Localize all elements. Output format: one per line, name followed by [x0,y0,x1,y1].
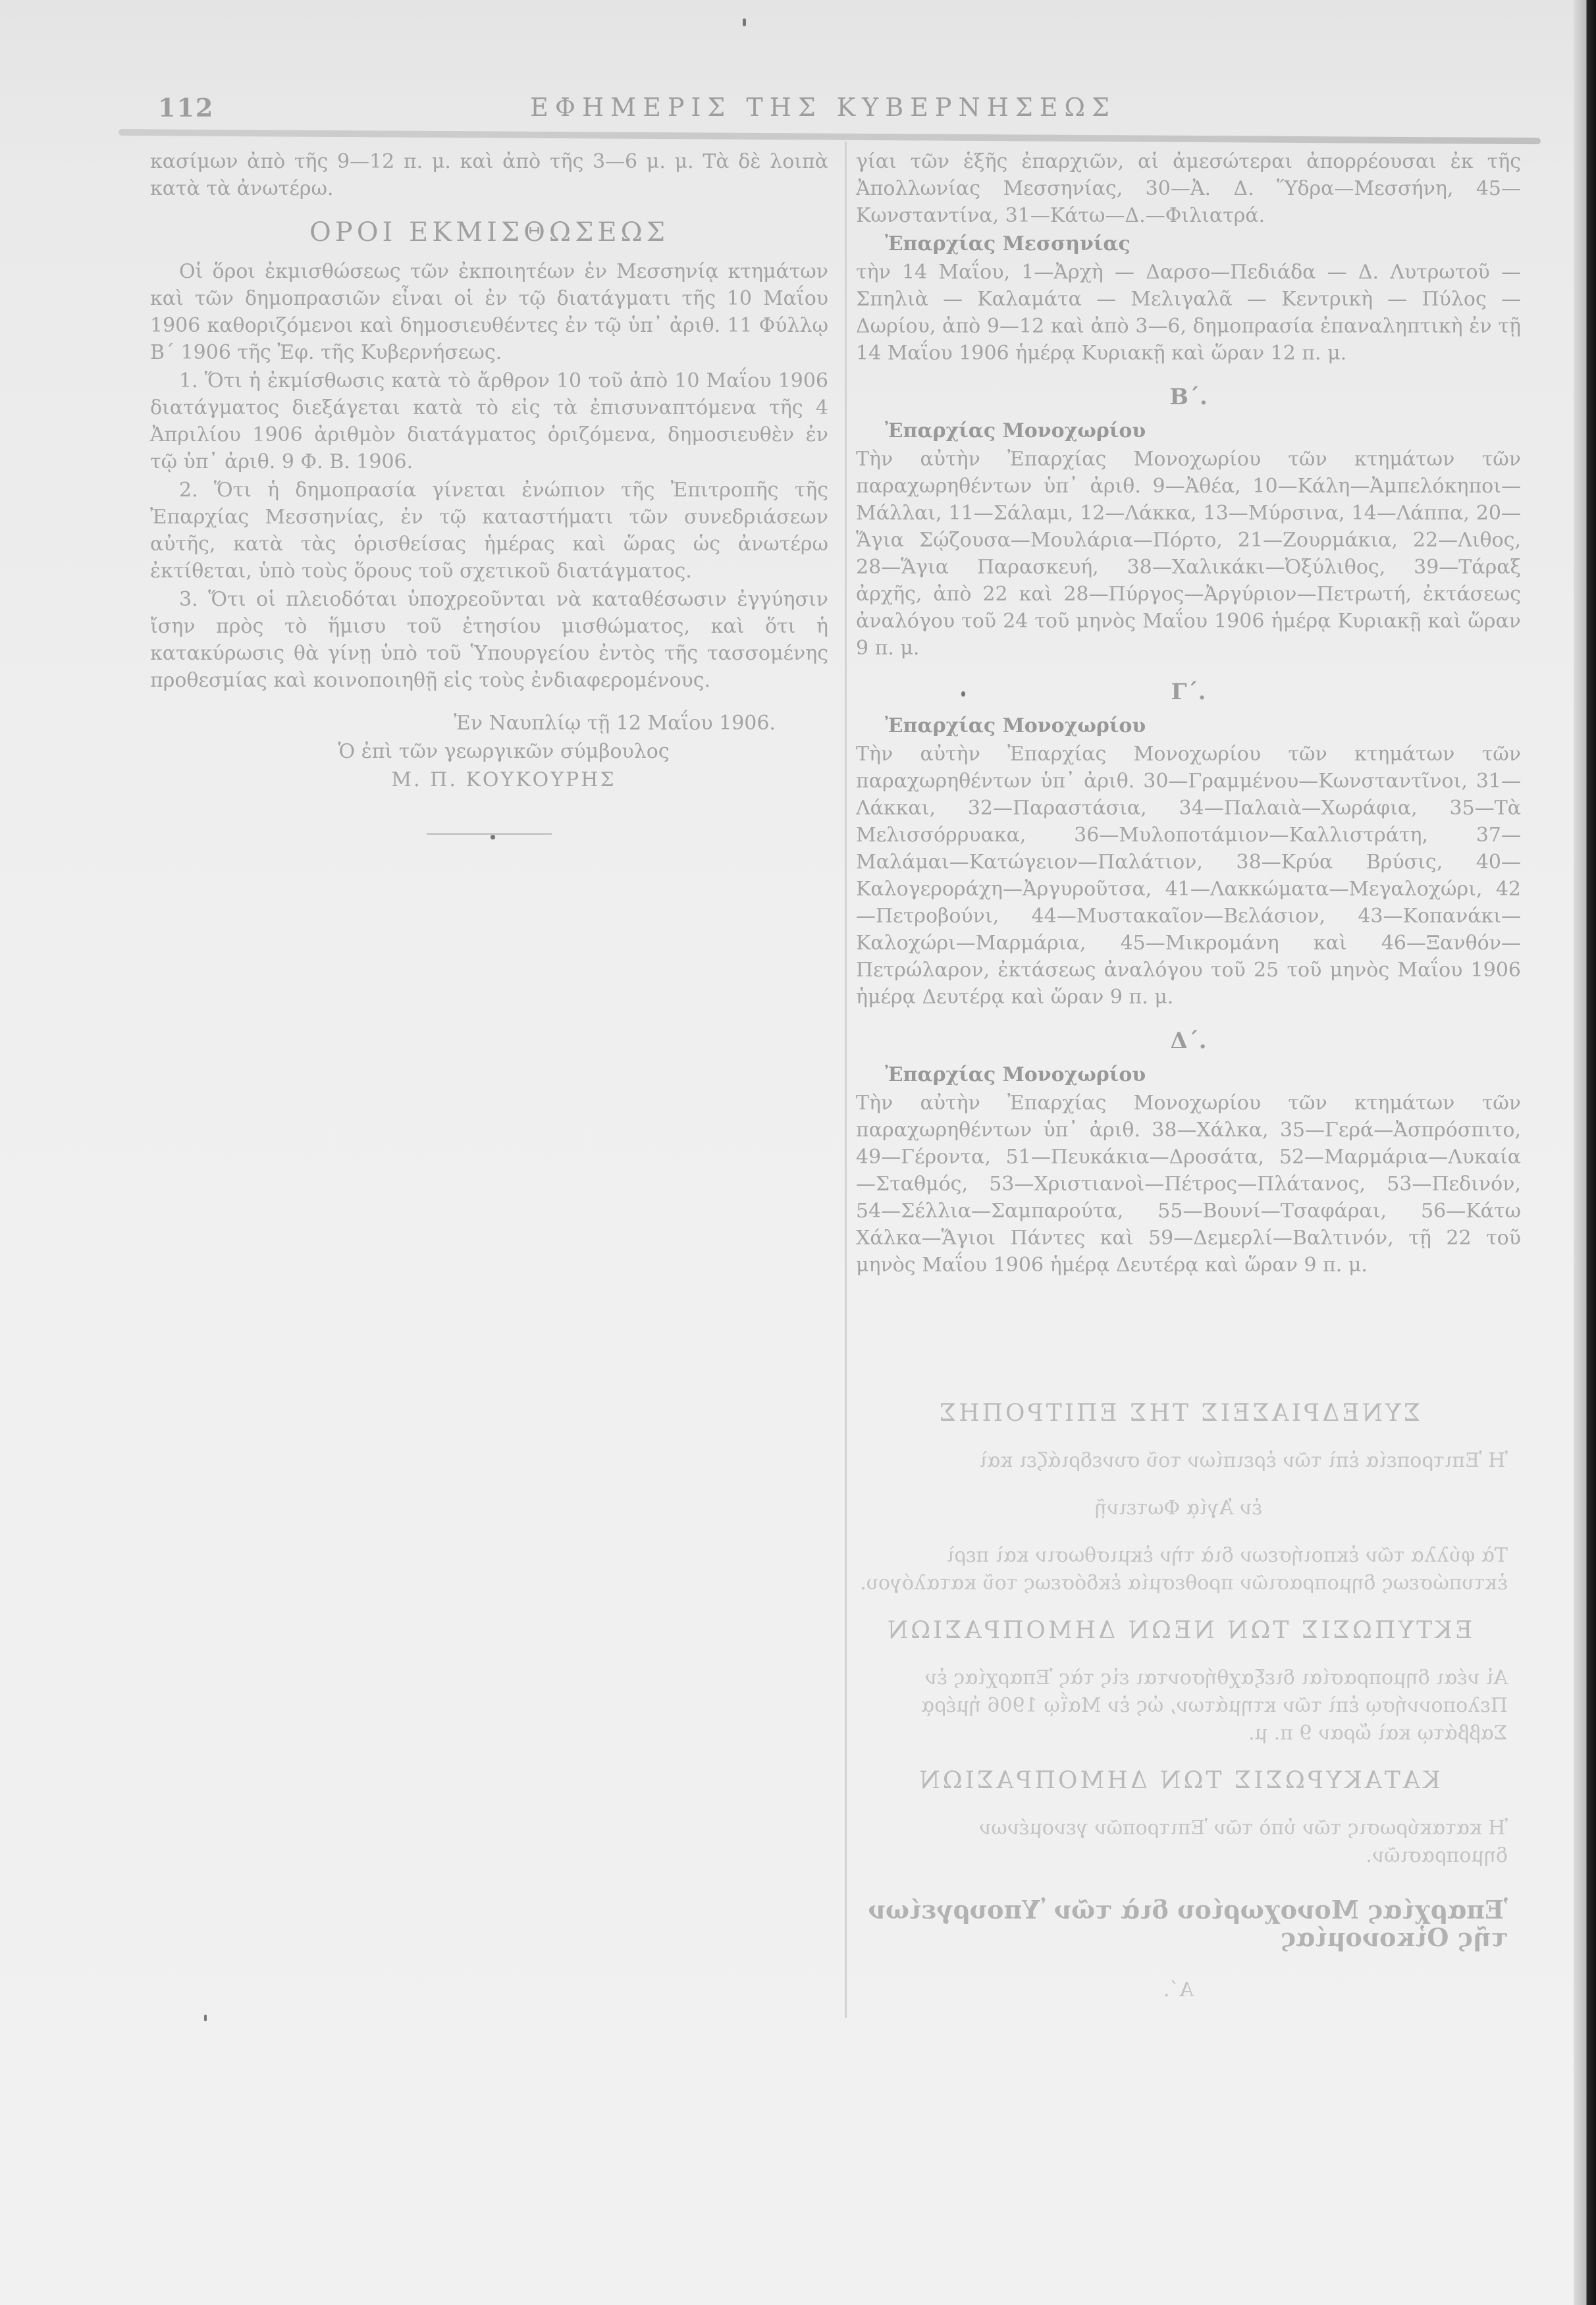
section-c: Γ΄. Ἐπαρχίας Μονοχωρίου Τὴν αὐτὴν Ἐπαρχί… [856,679,1521,1011]
bleed-line: Αἱ νέαι δημοπρασίαι διεξαχθήσονται εἰς τ… [849,1664,1508,1747]
section-label: Δ΄. [856,1028,1521,1055]
column-divider [845,142,847,2018]
bleed-through-text: ΣΥΝΕΔΡΙΑΣΕΙΣ ΤΗΣ ΕΠΙΤΡΟΠΗΣ Ἡ Ἐπιτροπεία … [849,1389,1508,2024]
bleed-heading: ΚΑΤΑΚΥΡΩΣΙΣ ΤΩΝ ΔΗΜΟΠΡΑΣΙΩΝ [849,1767,1508,1795]
section-text: Τὴν αὐτὴν Ἐπαρχίας Μονοχωρίου τῶν κτημάτ… [856,1090,1521,1279]
bleed-line: Ἡ κατακύρωσις τῶν ὑπὸ τῶν Ἐπιτροπῶν γενο… [849,1815,1508,1870]
bleed-heading: ΕΚΤΥΠΩΣΙΣ ΤΩΝ ΝΕΩΝ ΔΗΜΟΠΡΑΣΙΩΝ [849,1617,1508,1645]
section-title: Ἐπαρχίας Μεσσηνίας [885,232,1130,255]
section-text: Τὴν αὐτὴν Ἐπαρχίας Μονοχωρίου τῶν κτημάτ… [856,741,1521,1011]
right-intro: γίαι τῶν ἑξῆς ἐπαρχιῶν, αἱ ἀμεσώτεραι ἀπ… [856,148,1521,229]
bleed-section-label: Α΄. [849,1976,1508,2004]
page-header: 112 ΕΦΗΜΕΡΙΣ ΤΗΣ ΚΥΒΕΡΝΗΣΕΩΣ [119,84,1528,130]
terms-paragraph: 3. Ὅτι οἱ πλειοδόται ὑποχρεοῦνται νὰ κατ… [150,586,828,694]
section-title: Ἐπαρχίας Μονοχωρίου [885,714,1146,737]
scan-speck [491,835,495,839]
section-label: Β΄. [856,384,1521,411]
section-d: Δ΄. Ἐπαρχίας Μονοχωρίου Τὴν αὐτὴν Ἐπαρχί… [856,1028,1521,1279]
header-rule [119,129,1541,144]
intro-text: κασίμων ἀπὸ τῆς 9—12 π. μ. καὶ ἀπὸ τῆς 3… [150,148,828,202]
signatory-name: Μ. Π. ΚΟΥΚΟΥΡΗΣ [150,766,828,793]
section-label: Γ΄. [856,679,1521,706]
bleed-line: ἐν Ἁγίᾳ Φωτεινῇ [849,1495,1508,1522]
gazette-page: 112 ΕΦΗΜΕΡΙΣ ΤΗΣ ΚΥΒΕΡΝΗΣΕΩΣ κασίμων ἀπὸ… [0,0,1596,2305]
right-column: γίαι τῶν ἑξῆς ἐπαρχιῶν, αἱ ἀμεσώτεραι ἀπ… [856,148,1521,1280]
bleed-line: Ἡ Ἐπιτροπεία ἐπὶ τῶν ἐρειπίων τοῦ συνεδρ… [849,1447,1508,1475]
scan-speck [961,691,965,697]
page-number: 112 [158,93,214,122]
scan-edge [1574,0,1596,2305]
section-b: Β΄. Ἐπαρχίας Μονοχωρίου Τὴν αὐτὴν Ἐπαρχί… [856,384,1521,662]
section-a: Ἐπαρχίας Μεσσηνίας τὴν 14 Μαΐου, 1—Ἀρχὴ … [856,230,1521,367]
gazette-title: ΕΦΗΜΕΡΙΣ ΤΗΣ ΚΥΒΕΡΝΗΣΕΩΣ [530,93,1116,122]
section-text: Τὴν αὐτὴν Ἐπαρχίας Μονοχωρίου τῶν κτημάτ… [856,446,1521,662]
left-column: κασίμων ἀπὸ τῆς 9—12 π. μ. καὶ ἀπὸ τῆς 3… [150,148,828,835]
date-line: Ἐν Ναυπλίῳ τῇ 12 Μαΐου 1906. [150,710,828,737]
terms-paragraph: 2. Ὅτι ἡ δημοπρασία γίνεται ἐνώπιον τῆς … [150,477,828,585]
section-text: τὴν 14 Μαΐου, 1—Ἀρχὴ — Δαρσο—Πεδιάδα — Δ… [856,259,1521,367]
terms-paragraph: Οἱ ὅροι ἐκμισθώσεως τῶν ἐκποιητέων ἐν Με… [150,258,828,366]
terms-paragraph: 1. Ὅτι ἡ ἐκμίσθωσις κατὰ τὸ ἄρθρον 10 το… [150,367,828,475]
scan-speck [204,2015,207,2021]
signatory-title: Ὁ ἐπὶ τῶν γεωργικῶν σύμβουλος [150,738,828,765]
scan-speck [743,18,746,26]
bleed-bold-line: Ἐπαρχίας Μονοχωρίου διὰ τῶν Ὑπουργείων τ… [849,1896,1508,1951]
bleed-heading: ΣΥΝΕΔΡΙΑΣΕΙΣ ΤΗΣ ΕΠΙΤΡΟΠΗΣ [849,1400,1508,1427]
section-heading-terms: ΟΡΟΙ ΕΚΜΙΣΘΩΣΕΩΣ [150,219,828,246]
section-title: Ἐπαρχίας Μονοχωρίου [885,419,1146,442]
section-title: Ἐπαρχίας Μονοχωρίου [885,1063,1146,1086]
bleed-line: Τὰ φύλλα τῶν ἐκποιήσεων διὰ τὴν ἐκμισθωσ… [849,1542,1508,1597]
end-rule [427,833,552,835]
